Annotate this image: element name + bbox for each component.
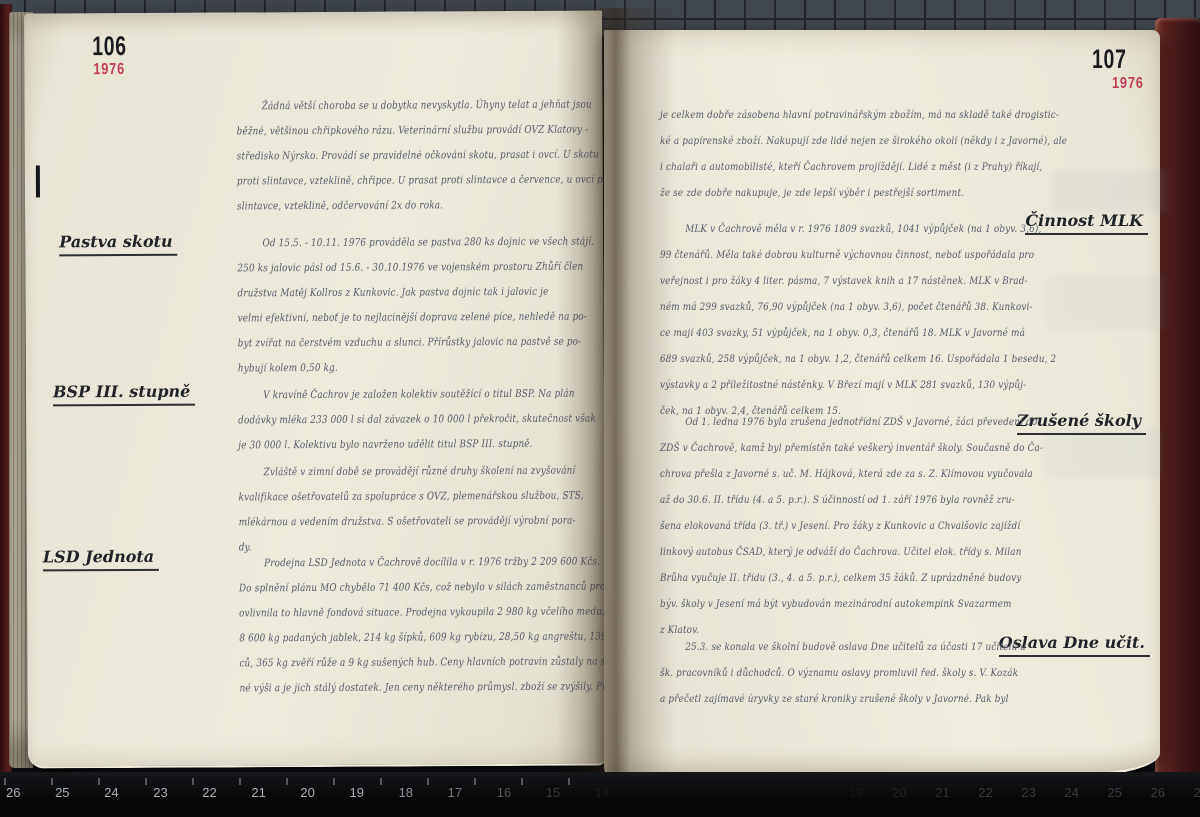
handwritten-line: linkový autobus ČSAD, který je odváží do… [660,539,1013,565]
margin-heading-bsp-iii-stupne: BSP III. stupně [53,383,195,407]
handwritten-line: ovlivnila to hlavně fondová situace. Pro… [239,600,592,627]
handwritten-line: hybují kolem 0,50 kg. [238,355,591,382]
chronicle-book-photo: 106 1976 Pastva skotu BSP III. stupně LS… [0,0,1200,817]
page-number-left: 106 [92,33,127,60]
handwritten-line: šk. pracovníků i důchodců. O významu osl… [660,660,1013,686]
handwritten-line: družstva Matěj Kollros z Kunkovic. Jak p… [237,280,590,307]
margin-mark [36,165,40,197]
ruler-numbers-left: 26 25 24 23 22 21 20 19 18 17 16 15 14 1… [6,785,707,801]
handwritten-line: a přečetl zajímavé úryvky ze staré kroni… [660,686,1013,712]
handwritten-line: 8 600 kg padaných jablek, 214 kg šípků, … [239,625,592,652]
handwritten-line: Prodejna LSD Jednota v Čachrově docílila… [239,550,592,577]
page-left: 106 1976 Pastva skotu BSP III. stupně LS… [24,10,606,768]
handwritten-line: byt zvířat na čerstvém vzduchu a slunci.… [238,330,591,357]
handwritten-line: ZDŠ v Čachrově, kamž byl přemístěn také … [660,435,1013,461]
page-year-right: 1976 [1112,76,1144,92]
handwritten-line: dodávky mléka 233 000 l si dal závazek o… [238,407,591,434]
paragraph-oslava-dne-ucitelu: 25.3. se konala ve školní budově oslava … [660,634,1080,712]
handwritten-line: až do 30.6. II. třídu (4. a 5. p.r.). S … [660,487,1013,513]
handwritten-line: běžné, většinou chřipkového rázu. Veteri… [237,118,590,145]
handwritten-line: 99 čtenářů. Měla také dobrou kulturně vý… [660,242,1013,268]
handwritten-line: Od 1. ledna 1976 byla zrušena jednotřídn… [660,409,1013,435]
handwritten-line: býv. školy v Jesení má být vybudován mez… [660,591,1013,617]
handwritten-line: MLK v Čachrově měla v r. 1976 1809 svazk… [660,216,1013,242]
handwritten-line: velmi efektivní, neboť je to nejlacinějš… [238,305,591,332]
handwritten-line: že se zde dobře nakupuje, je zde lepší v… [660,180,1013,206]
ruler-numbers-right: 18 19 20 21 22 23 24 25 26 27 [806,785,1200,801]
handwritten-line: Do splnění plánu MO chybělo 71 400 Kčs, … [239,575,592,602]
handwritten-line: mlékárnou a vedením družstva. S ošetřova… [239,509,592,536]
handwritten-line: V kravíně Čachrov je založen kolektiv so… [238,382,591,409]
handwritten-line: 250 ks jalovic pásl od 15.6. - 30.10.197… [237,255,590,282]
handwritten-line: Od 15.5. - 10.11. 1976 prováděla se past… [237,230,590,257]
paragraph-lsd-jednota: Prodejna LSD Jednota v Čachrově docílila… [239,549,660,701]
handwritten-line: Žádná větší choroba se u dobytka nevysky… [236,93,589,120]
handwritten-line: ce mají 403 svazky, 51 výpůjček, na 1 ob… [660,320,1013,346]
page-year-left: 1976 [93,62,125,78]
handwritten-line: šena elokovaná třída (3. tř.) v Jesení. … [660,513,1013,539]
page-number-right: 107 [1092,46,1127,73]
handwritten-line: je celkem dobře zásobena hlavní potravin… [660,102,1013,128]
paragraph-zrusene-skoly: Od 1. ledna 1976 byla zrušena jednotřídn… [660,409,1080,643]
paragraph-cinnost-mlk: MLK v Čachrově měla v r. 1976 1809 svazk… [660,216,1080,424]
handwritten-line: kvalifikace ošetřovatelů za spolupráce s… [239,484,592,511]
handwritten-line: ném má 299 svazků, 76,90 výpůjček (na 1 … [660,294,1013,320]
handwritten-line: chrova přešla z Javorné s. uč. M. Hájkov… [660,461,1013,487]
book-cover-right-edge [1155,18,1200,788]
handwritten-line: veřejnost i pro žáky 4 liter. pásma, 7 v… [660,268,1013,294]
handwritten-line: proti slintavce, vzteklině, chřipce. U p… [237,168,590,195]
margin-heading-lsd-jednota: LSD Jednota [43,548,159,572]
paragraph-bsp-titul: V kravíně Čachrov je založen kolektiv so… [238,381,658,458]
handwritten-line: né výši a je jich stálý dostatek. Jen ce… [240,675,593,702]
handwritten-line: 25.3. se konala ve školní budově oslava … [660,634,1013,660]
paragraph-prodejna-sortiment: je celkem dobře zásobena hlavní potravin… [660,102,1080,206]
handwritten-line: 689 svazků, 258 výpůjček, na 1 obyv. 1,2… [660,346,1013,372]
handwritten-line: je 30 000 l. Kolektivu bylo navrženo udě… [238,432,591,459]
page-right: 107 1976 Činnost MLK Zrušené školy Oslav… [604,30,1160,777]
handwritten-line: Brůha vyučuje II. třídu (3., 4. a 5. p.r… [660,565,1013,591]
paragraph-bsp-skoleni: Zvláště v zimní době se provádějí různé … [238,458,659,560]
paragraph-pastva-skotu: Od 15.5. - 10.11. 1976 prováděla se past… [237,229,658,381]
bottom-ruler: 26 25 24 23 22 21 20 19 18 17 16 15 14 1… [0,772,1200,817]
paragraph-veterinary-care: Žádná větší choroba se u dobytka nevysky… [236,92,657,219]
handwritten-line: ké a papírenské zboží. Nakupují zde lidé… [660,128,1013,154]
handwritten-line: Zvláště v zimní době se provádějí různé … [238,459,591,486]
handwritten-line: výstavky a 2 příležitostné nástěnky. V B… [660,372,1013,398]
ruler-ticks [4,778,584,785]
handwritten-line: slintavce, vzteklině, odčervování 2x do … [237,193,590,220]
handwritten-line: středisko Nýrsko. Provádí se pravidelné … [237,143,590,170]
margin-heading-pastva-skotu: Pastva skotu [59,233,178,257]
handwritten-line: ců, 365 kg zvěří růže a 9 kg sušených hu… [239,650,592,677]
handwritten-line: i chalaři a automobilisté, kteří Čachrov… [660,154,1013,180]
